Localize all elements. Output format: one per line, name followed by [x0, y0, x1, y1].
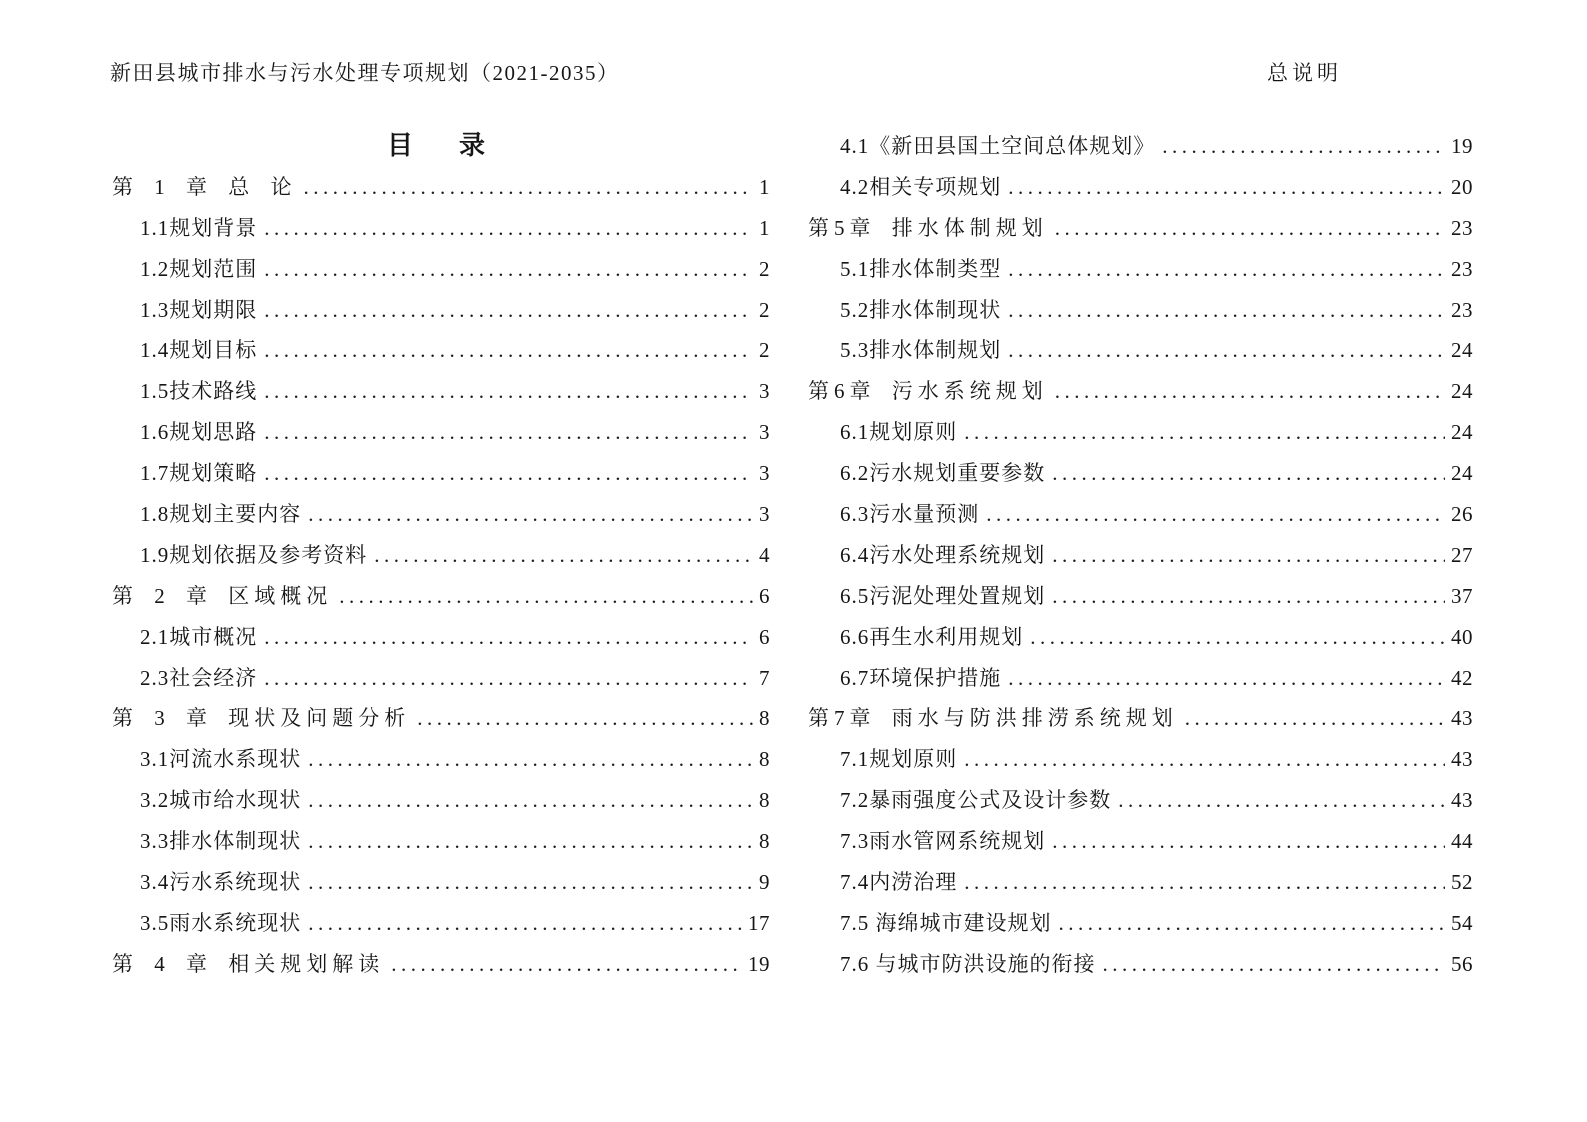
- toc-entry-label: 7.5 海绵城市建设规划: [808, 903, 1052, 944]
- dot-leader: [264, 371, 753, 412]
- toc-entry-page: 3: [759, 371, 770, 412]
- toc-entry[interactable]: 4.2相关专项规划 20: [808, 167, 1473, 208]
- toc-entry[interactable]: 3.4污水系统现状 9: [112, 862, 770, 903]
- toc-entry-label: 6.2污水规划重要参数: [808, 453, 1045, 494]
- toc-entry-page: 1: [759, 167, 770, 208]
- toc-entry-label: 第7章 雨水与防洪排涝系统规划: [808, 698, 1178, 739]
- dot-leader: [264, 617, 753, 658]
- toc-entry[interactable]: 7.3雨水管网系统规划 44: [808, 821, 1473, 862]
- toc-entry-label: 1.7规划策略: [112, 453, 257, 494]
- toc-entry-page: 8: [759, 780, 770, 821]
- toc-entry-page: 24: [1451, 453, 1473, 494]
- toc-entry-label: 第 4 章 相关规划解读: [112, 944, 384, 985]
- toc-entry-page: 8: [759, 698, 770, 739]
- toc-entry-page: 54: [1451, 903, 1473, 944]
- toc-entry[interactable]: 1.4规划目标 2: [112, 330, 770, 371]
- dot-leader: [1008, 290, 1445, 331]
- toc-entry[interactable]: 7.6 与城市防洪设施的衔接 56: [808, 944, 1473, 985]
- toc-entry-page: 19: [748, 944, 770, 985]
- dot-leader: [1118, 780, 1445, 821]
- toc-entry[interactable]: 6.6再生水利用规划 40: [808, 617, 1473, 658]
- toc-entry[interactable]: 3.5雨水系统现状 17: [112, 903, 770, 944]
- document-title-header: 新田县城市排水与污水处理专项规划（2021-2035）: [110, 57, 620, 87]
- toc-left-column: 目 录 第 1 章 总 论 1 1.1规划背景 1 1.2规划范围 2 1.3规…: [112, 126, 770, 985]
- toc-entry-label: 2.1城市概况: [112, 617, 257, 658]
- dot-leader: [1008, 330, 1445, 371]
- toc-entry-label: 1.5技术路线: [112, 371, 257, 412]
- toc-entry-label: 6.3污水量预测: [808, 494, 979, 535]
- toc-entry-label: 1.8规划主要内容: [112, 494, 301, 535]
- toc-right-column: 4.1《新田县国土空间总体规划》 19 4.2相关专项规划 20 第5章 排水体…: [808, 126, 1473, 985]
- dot-leader: [374, 535, 753, 576]
- dot-leader: [264, 453, 753, 494]
- toc-title-row: 目 录: [112, 126, 770, 167]
- toc-entry[interactable]: 1.1规划背景 1: [112, 208, 770, 249]
- toc-entry-label: 1.1规划背景: [112, 208, 257, 249]
- toc-entry-label: 7.6 与城市防洪设施的衔接: [808, 944, 1096, 985]
- dot-leader: [964, 739, 1445, 780]
- toc-entry-page: 37: [1451, 576, 1473, 617]
- toc-entry[interactable]: 7.2暴雨强度公式及设计参数 43: [808, 780, 1473, 821]
- toc-entry[interactable]: 第 3 章 现状及问题分析 8: [112, 698, 770, 739]
- toc-entry-label: 2.3社会经济: [112, 658, 257, 699]
- dot-leader: [1055, 371, 1445, 412]
- toc-entry-label: 5.3排水体制规划: [808, 330, 1001, 371]
- toc-entry[interactable]: 5.2排水体制现状 23: [808, 290, 1473, 331]
- toc-entry-page: 7: [759, 658, 770, 699]
- toc-entry-page: 43: [1451, 698, 1473, 739]
- toc-entry[interactable]: 第 2 章 区域概况 6: [112, 576, 770, 617]
- toc-entry-page: 6: [759, 576, 770, 617]
- toc-entry-page: 52: [1451, 862, 1473, 903]
- toc-entry-label: 3.4污水系统现状: [112, 862, 301, 903]
- toc-entry-label: 1.2规划范围: [112, 249, 257, 290]
- toc-entry[interactable]: 第 1 章 总 论 1: [112, 167, 770, 208]
- dot-leader: [1008, 658, 1445, 699]
- dot-leader: [264, 412, 753, 453]
- dot-leader: [308, 821, 753, 862]
- toc-entry-label: 5.2排水体制现状: [808, 290, 1001, 331]
- toc-entry[interactable]: 7.1规划原则 43: [808, 739, 1473, 780]
- toc-entry[interactable]: 6.4污水处理系统规划 27: [808, 535, 1473, 576]
- toc-entry[interactable]: 1.7规划策略 3: [112, 453, 770, 494]
- dot-leader: [264, 658, 753, 699]
- toc-entry-page: 2: [759, 330, 770, 371]
- toc-entry[interactable]: 第6章 污水系统规划 24: [808, 371, 1473, 412]
- dot-leader: [417, 698, 753, 739]
- toc-entry[interactable]: 3.1河流水系现状 8: [112, 739, 770, 780]
- toc-entry-page: 24: [1451, 371, 1473, 412]
- toc-entry-label: 第 1 章 总 论: [112, 167, 297, 208]
- toc-entry[interactable]: 7.4内涝治理 52: [808, 862, 1473, 903]
- toc-entry-page: 24: [1451, 412, 1473, 453]
- toc-entry-page: 9: [759, 862, 770, 903]
- toc-entry-label: 6.6再生水利用规划: [808, 617, 1023, 658]
- dot-leader: [339, 576, 753, 617]
- toc-entry[interactable]: 6.5污泥处理处置规划 37: [808, 576, 1473, 617]
- toc-entry-page: 20: [1451, 167, 1473, 208]
- toc-entry-page: 23: [1451, 249, 1473, 290]
- toc-title: 目 录: [387, 126, 495, 167]
- toc-entry-page: 27: [1451, 535, 1473, 576]
- toc-entry-page: 6: [759, 617, 770, 658]
- toc-entry-page: 43: [1451, 739, 1473, 780]
- toc-entry-label: 6.7环境保护措施: [808, 658, 1001, 699]
- toc-entry-page: 24: [1451, 330, 1473, 371]
- toc-entry[interactable]: 1.2规划范围 2: [112, 249, 770, 290]
- toc-entry[interactable]: 5.3排水体制规划 24: [808, 330, 1473, 371]
- section-header-label: 总说明: [1267, 57, 1342, 87]
- dot-leader: [1052, 576, 1445, 617]
- dot-leader: [1103, 944, 1446, 985]
- toc-entry-label: 第 2 章 区域概况: [112, 576, 332, 617]
- toc-entry-label: 1.9规划依据及参考资料: [112, 535, 367, 576]
- toc-entry-page: 23: [1451, 290, 1473, 331]
- dot-leader: [264, 290, 753, 331]
- toc-entry-label: 7.1规划原则: [808, 739, 957, 780]
- toc-entry-page: 40: [1451, 617, 1473, 658]
- toc-entry-label: 第6章 污水系统规划: [808, 371, 1048, 412]
- toc-entry[interactable]: 第5章 排水体制规划 23: [808, 208, 1473, 249]
- toc-entry[interactable]: 6.2污水规划重要参数 24: [808, 453, 1473, 494]
- toc-entry[interactable]: 1.6规划思路 3: [112, 412, 770, 453]
- dot-leader: [1052, 535, 1445, 576]
- dot-leader: [308, 494, 753, 535]
- toc-entry-label: 3.5雨水系统现状: [112, 903, 301, 944]
- dot-leader: [964, 862, 1445, 903]
- dot-leader: [964, 412, 1445, 453]
- toc-entry[interactable]: 4.1《新田县国土空间总体规划》 19: [808, 126, 1473, 167]
- dot-leader: [1030, 617, 1445, 658]
- toc-entry[interactable]: 6.1规划原则 24: [808, 412, 1473, 453]
- toc-entry[interactable]: 3.3排水体制现状 8: [112, 821, 770, 862]
- dot-leader: [308, 903, 742, 944]
- toc-entry-page: 56: [1451, 944, 1473, 985]
- toc-entry-label: 6.4污水处理系统规划: [808, 535, 1045, 576]
- dot-leader: [986, 494, 1445, 535]
- toc-entry-page: 42: [1451, 658, 1473, 699]
- toc-entry-page: 17: [748, 903, 770, 944]
- toc-entry[interactable]: 2.3社会经济 7: [112, 658, 770, 699]
- dot-leader: [1162, 126, 1445, 167]
- dot-leader: [304, 167, 754, 208]
- dot-leader: [1008, 249, 1445, 290]
- dot-leader: [264, 208, 753, 249]
- toc-entry[interactable]: 2.1城市概况 6: [112, 617, 770, 658]
- toc-entry[interactable]: 7.5 海绵城市建设规划 54: [808, 903, 1473, 944]
- toc-entry-label: 7.4内涝治理: [808, 862, 957, 903]
- toc-entry-label: 4.1《新田县国土空间总体规划》: [808, 126, 1155, 167]
- dot-leader: [391, 944, 742, 985]
- toc-entry-label: 4.2相关专项规划: [808, 167, 1001, 208]
- dot-leader: [1052, 453, 1445, 494]
- toc-entry[interactable]: 6.3污水量预测 26: [808, 494, 1473, 535]
- toc-entry-page: 3: [759, 453, 770, 494]
- toc-entry-label: 5.1排水体制类型: [808, 249, 1001, 290]
- toc-entry-label: 7.2暴雨强度公式及设计参数: [808, 780, 1111, 821]
- toc-entry[interactable]: 1.8规划主要内容 3: [112, 494, 770, 535]
- dot-leader: [264, 330, 753, 371]
- toc-entry-label: 1.3规划期限: [112, 290, 257, 331]
- dot-leader: [1059, 903, 1446, 944]
- toc-entry-label: 6.1规划原则: [808, 412, 957, 453]
- toc-entry-label: 3.1河流水系现状: [112, 739, 301, 780]
- toc-entry[interactable]: 1.3规划期限 2: [112, 290, 770, 331]
- dot-leader: [308, 739, 753, 780]
- dot-leader: [1052, 821, 1445, 862]
- dot-leader: [1185, 698, 1445, 739]
- toc-entry-label: 3.3排水体制现状: [112, 821, 301, 862]
- dot-leader: [1008, 167, 1445, 208]
- toc-entry-page: 19: [1451, 126, 1473, 167]
- toc-entry-page: 8: [759, 739, 770, 780]
- toc-entry[interactable]: 1.9规划依据及参考资料 4: [112, 535, 770, 576]
- toc-entry[interactable]: 第7章 雨水与防洪排涝系统规划 43: [808, 698, 1473, 739]
- toc-entry-page: 1: [759, 208, 770, 249]
- toc-entry-page: 3: [759, 412, 770, 453]
- toc-entry-page: 3: [759, 494, 770, 535]
- toc-entry[interactable]: 1.5技术路线 3: [112, 371, 770, 412]
- toc-entry-page: 44: [1451, 821, 1473, 862]
- toc-entry-page: 8: [759, 821, 770, 862]
- dot-leader: [308, 780, 753, 821]
- toc-entry-page: 43: [1451, 780, 1473, 821]
- dot-leader: [308, 862, 753, 903]
- toc-entry-label: 第5章 排水体制规划: [808, 208, 1048, 249]
- toc-entry-label: 7.3雨水管网系统规划: [808, 821, 1045, 862]
- toc-entry-page: 26: [1451, 494, 1473, 535]
- toc-page: 新田县城市排水与污水处理专项规划（2021-2035） 总说明 目 录 第 1 …: [0, 0, 1587, 1122]
- toc-entry[interactable]: 6.7环境保护措施 42: [808, 658, 1473, 699]
- toc-entry-label: 1.4规划目标: [112, 330, 257, 371]
- toc-entry-label: 第 3 章 现状及问题分析: [112, 698, 410, 739]
- toc-entry-label: 1.6规划思路: [112, 412, 257, 453]
- toc-entry[interactable]: 第 4 章 相关规划解读 19: [112, 944, 770, 985]
- toc-entry-label: 6.5污泥处理处置规划: [808, 576, 1045, 617]
- toc-entry-page: 2: [759, 290, 770, 331]
- toc-entry-page: 4: [759, 535, 770, 576]
- dot-leader: [1055, 208, 1445, 249]
- toc-entry[interactable]: 5.1排水体制类型 23: [808, 249, 1473, 290]
- toc-entry-page: 2: [759, 249, 770, 290]
- toc-entry[interactable]: 3.2城市给水现状 8: [112, 780, 770, 821]
- toc-entry-label: 3.2城市给水现状: [112, 780, 301, 821]
- toc-entry-page: 23: [1451, 208, 1473, 249]
- dot-leader: [264, 249, 753, 290]
